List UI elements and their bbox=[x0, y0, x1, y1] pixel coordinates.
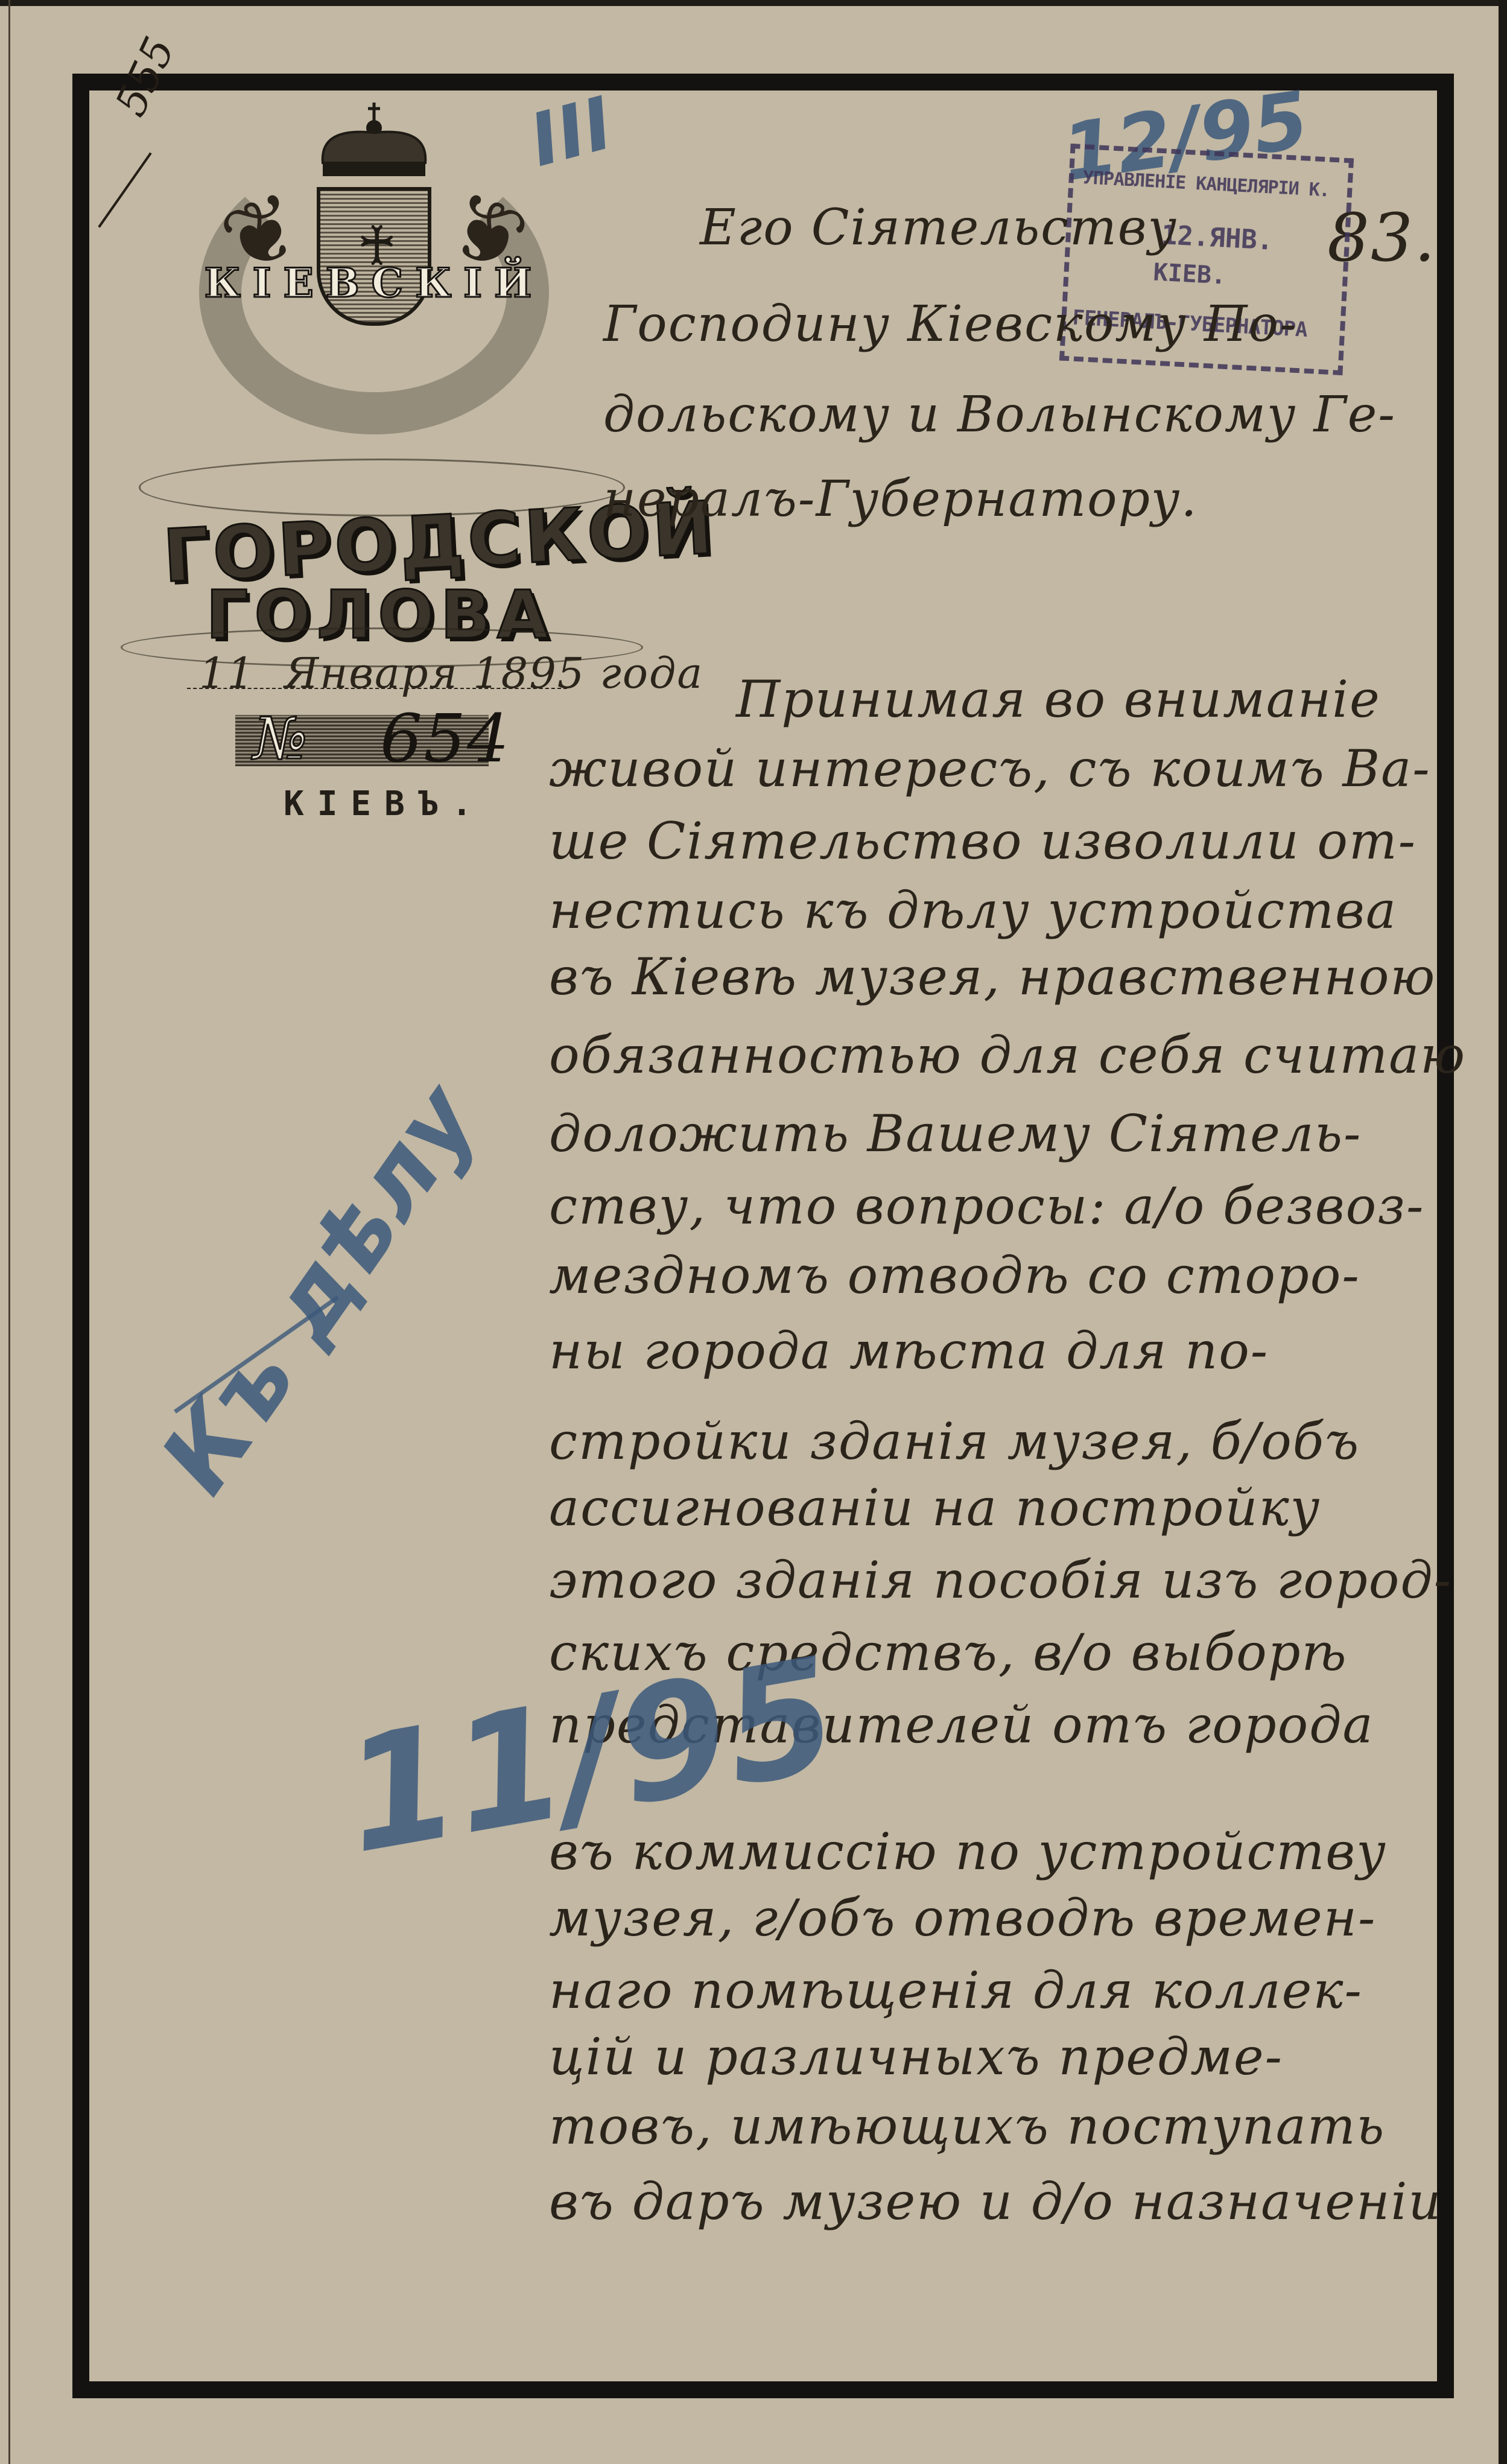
body-line: въ даръ музею и д/о назначеніи bbox=[549, 2172, 1442, 2231]
body-line: мездномъ отводѣ со сторо- bbox=[549, 1246, 1360, 1305]
letterhead-title-arc: КІЕВСКІЙ bbox=[199, 259, 549, 306]
body-line: ны города мѣста для по- bbox=[549, 1321, 1269, 1380]
body-line: ассигнованіи на постройку bbox=[549, 1478, 1321, 1537]
margin-note-strike bbox=[169, 1291, 350, 1424]
body-line: музея, г/объ отводѣ времен- bbox=[549, 1888, 1376, 1948]
address-line: Господину Кіевскому По- bbox=[603, 296, 1298, 353]
body-line: стройки зданія музея, б/объ bbox=[549, 1412, 1360, 1471]
document-number: 654 bbox=[380, 700, 510, 777]
number-sign: № bbox=[253, 706, 308, 772]
paper-left-edge bbox=[8, 0, 10, 2464]
body-line: Принимая во вниманіе bbox=[736, 670, 1381, 729]
body-line: этого зданія пособія изъ город- bbox=[549, 1551, 1452, 1610]
body-line: товъ, имѣющихъ поступать bbox=[549, 2097, 1385, 2156]
paper-right-edge bbox=[1499, 0, 1507, 2464]
stamp-line1: УПРАВЛЕНІЕ КАНЦЕЛЯРІИ К. bbox=[1082, 167, 1330, 201]
body-line: ству, что вопросы: а/о безвоз- bbox=[549, 1176, 1424, 1236]
body-line: въ Кіевѣ музея, нравственною bbox=[549, 947, 1436, 1006]
body-line: ше Сіятельство изволили от- bbox=[549, 811, 1417, 871]
body-line: живой интересъ, съ коимъ Ва- bbox=[549, 739, 1431, 798]
date-month-year: Января 1895 года bbox=[285, 649, 704, 698]
body-line: обязанностью для себя считаю bbox=[549, 1026, 1466, 1085]
letter-date: 11 Января 1895 года bbox=[199, 649, 703, 698]
address-line: дольскому и Волынскому Ге- bbox=[603, 386, 1396, 443]
date-day: 11 bbox=[199, 649, 255, 698]
body-line: цій и различныхъ предме- bbox=[549, 2027, 1283, 2086]
body-line: доложить Вашему Сіятель- bbox=[549, 1104, 1362, 1163]
letterhead-city: КІЕВЪ. bbox=[284, 784, 485, 824]
body-line: нестись къ дѣлу устройства bbox=[549, 881, 1397, 940]
body-line: наго помѣщенія для коллек- bbox=[549, 1961, 1363, 2020]
stamp-city: КІЕВ. bbox=[1153, 258, 1227, 290]
address-line: Его Сіятельству bbox=[700, 199, 1178, 256]
address-line: нералъ-Губернатору. bbox=[603, 471, 1198, 528]
paper-top-edge bbox=[0, 0, 1507, 6]
